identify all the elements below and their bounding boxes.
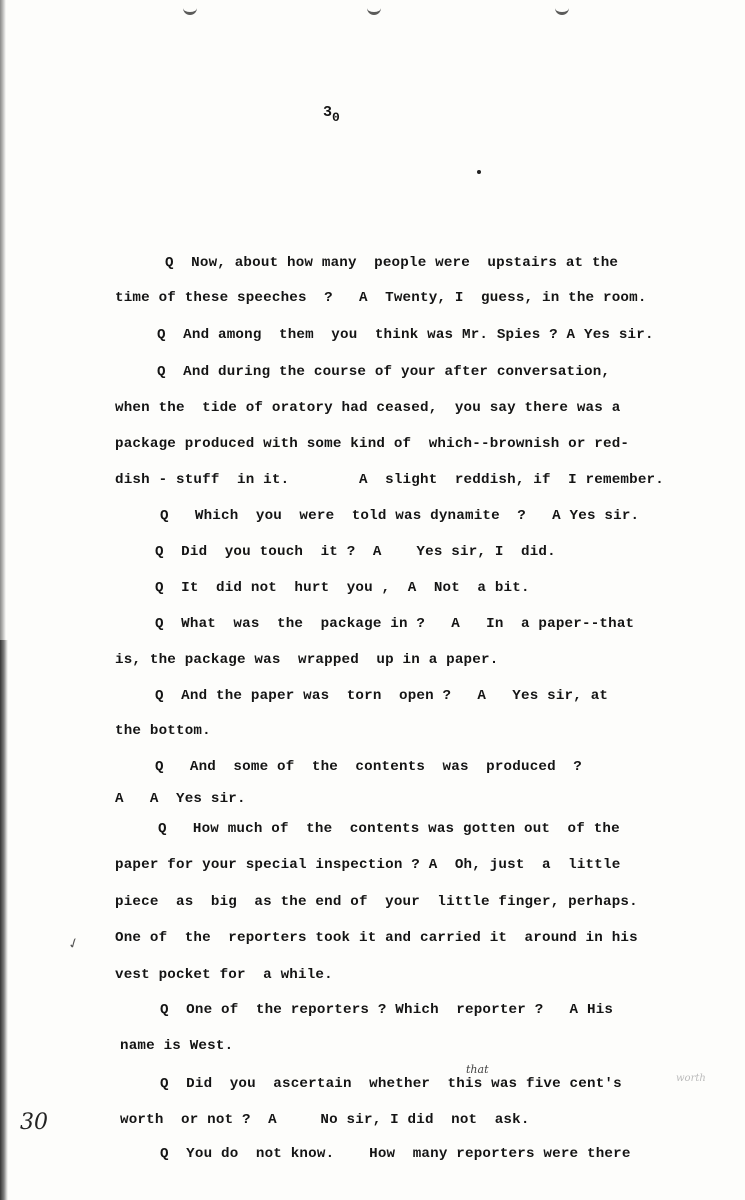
page-number-sub: 0: [332, 110, 340, 125]
transcript-line: vest pocket for a while.: [115, 966, 333, 984]
transcript-line: name is West.: [120, 1037, 233, 1055]
transcript-line: Q And during the course of your after co…: [157, 363, 610, 381]
page-left-edge-shadow-lower: [0, 640, 8, 1200]
handwritten-correction: that: [466, 1063, 488, 1076]
punch-hole-mark-3: [555, 4, 569, 15]
transcript-line: Q How much of the contents was gotten ou…: [158, 820, 620, 838]
punch-hole-mark-2: [367, 4, 381, 15]
transcript-line: One of the reporters took it and carried…: [115, 929, 638, 947]
margin-page-number: 30: [20, 1110, 48, 1135]
transcript-line: Q Did you ascertain whether this was fiv…: [160, 1075, 622, 1093]
transcript-line: time of these speeches ? A Twenty, I gue…: [115, 289, 647, 307]
stray-ink-dot: [477, 170, 481, 174]
transcript-line: A A Yes sir.: [115, 790, 246, 808]
margin-check-mark: ✓: [66, 934, 82, 953]
transcript-line: Q What was the package in ? A In a paper…: [155, 615, 634, 633]
transcript-line: Q And some of the contents was produced …: [155, 758, 582, 776]
transcript-line: worth or not ? A No sir, I did not ask.: [120, 1111, 530, 1129]
transcript-line: Q One of the reporters ? Which reporter …: [160, 1001, 613, 1019]
transcript-line: Q You do not know. How many reporters we…: [160, 1145, 631, 1163]
transcript-line: Q And among them you think was Mr. Spies…: [157, 326, 654, 344]
transcript-line: Q Now, about how many people were upstai…: [165, 254, 618, 272]
punch-hole-mark-1: [183, 4, 197, 15]
transcript-line: when the tide of oratory had ceased, you…: [115, 399, 620, 417]
transcript-line: package produced with some kind of which…: [115, 435, 629, 453]
transcript-line: Q Which you were told was dynamite ? A Y…: [160, 507, 639, 525]
transcript-line: is, the package was wrapped up in a pape…: [115, 651, 498, 669]
transcript-line: piece as big as the end of your little f…: [115, 893, 638, 911]
page-number: 30: [323, 104, 340, 125]
transcript-line: Q And the paper was torn open ? A Yes si…: [155, 687, 608, 705]
faint-margin-note: worth: [676, 1073, 706, 1084]
transcript-line: Q It did not hurt you , A Not a bit.: [155, 579, 530, 597]
transcript-line: Q Did you touch it ? A Yes sir, I did.: [155, 543, 556, 561]
transcript-line: dish - stuff in it. A slight reddish, if…: [115, 471, 664, 489]
page-number-main: 3: [323, 104, 332, 121]
transcript-line: the bottom.: [115, 722, 211, 740]
transcript-line: paper for your special inspection ? A Oh…: [115, 856, 620, 874]
